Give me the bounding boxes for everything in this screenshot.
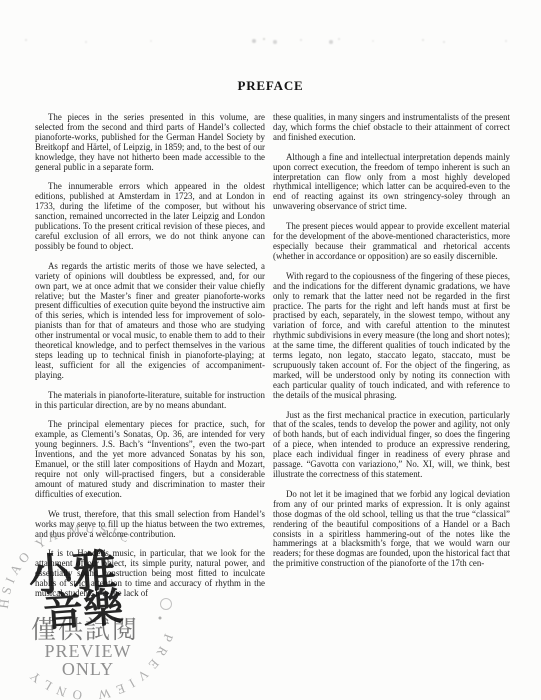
stamp-only-text: ONLY bbox=[62, 659, 114, 679]
preface-paragraph: The materials in pianoforte-literature, … bbox=[35, 391, 265, 411]
preface-paragraph: Just as the first mechanical practice in… bbox=[273, 411, 510, 480]
stamp-preview-text: PREVIEW bbox=[45, 641, 132, 661]
preface-paragraph: Although a fine and intellectual interpr… bbox=[273, 153, 510, 212]
preface-paragraph: It is to Handel’s music, in particular, … bbox=[35, 549, 265, 599]
preface-paragraph: The innumerable errors which appeared in… bbox=[35, 182, 265, 251]
scan-smudge-artifacts bbox=[0, 39, 2, 41]
preface-paragraph: As regards the artistic merits of those … bbox=[35, 262, 265, 381]
stamp-arc-bottom-text: PREVIEW ONLY bbox=[22, 632, 176, 700]
preface-paragraph: Do not let it be imagined that we forbid… bbox=[273, 490, 510, 569]
preface-paragraph: The principal elementary pieces for prac… bbox=[35, 420, 265, 499]
preface-page: PREFACE The pieces in the series present… bbox=[0, 0, 541, 700]
preface-paragraph: With regard to the copiousness of the fi… bbox=[273, 272, 510, 401]
left-column: The pieces in the series presented in th… bbox=[35, 113, 265, 609]
preface-paragraph: The pieces in the series presented in th… bbox=[35, 113, 265, 172]
preface-paragraph: The present pieces would appear to provi… bbox=[273, 222, 510, 262]
stamp-cjk-preview-only: 僅供試閱 bbox=[31, 615, 139, 644]
preface-paragraph: We trust, therefore, that this small sel… bbox=[35, 510, 265, 540]
preface-paragraph: these qualities, in many singers and ins… bbox=[273, 113, 510, 143]
stamp-dot-mark bbox=[159, 617, 162, 620]
page-title: PREFACE bbox=[0, 78, 541, 94]
right-column: these qualities, in many singers and ins… bbox=[273, 113, 510, 579]
